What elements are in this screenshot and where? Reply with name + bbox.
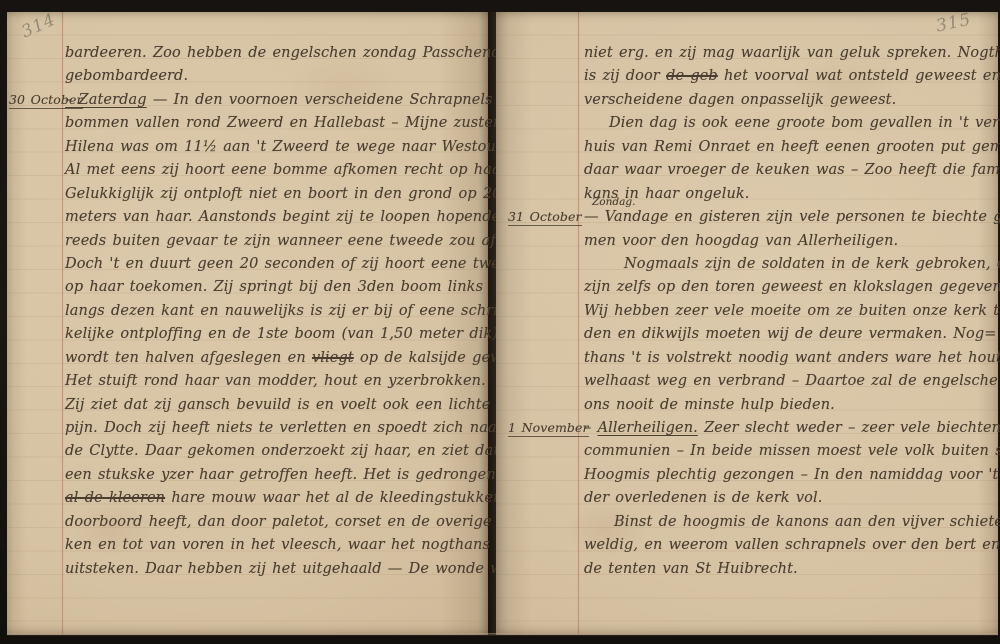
- manuscript-line: der overledenen is de kerk vol.: [584, 487, 992, 510]
- manuscript-line: meters van haar. Aanstonds begint zij te…: [65, 206, 489, 229]
- manuscript-line: ons nooit de minste hulp bieden.: [584, 394, 992, 417]
- page-number-right: 315: [934, 10, 973, 37]
- text-segment: ken en tot van voren in het vleesch, waa…: [65, 537, 533, 553]
- margin-date: 30 October: [9, 92, 83, 109]
- text-segment: Het stuift rond haar van modder, hout en…: [65, 373, 486, 389]
- text-segment: Gelukkiglijk zij ontploft niet en boort …: [65, 186, 502, 202]
- text-segment: welhaast weg en verbrand – Daartoe zal d…: [584, 373, 1000, 389]
- text-segment-struck: al de kleeren: [65, 490, 165, 506]
- text-segment: Doch 't en duurt geen 20 seconden of zij…: [65, 256, 527, 272]
- manuscript-line: kelijke ontploffing en de 1ste boom (van…: [65, 323, 489, 346]
- diary-scan-photo: 314 bardeeren. Zoo hebben de engelschen …: [0, 0, 1000, 644]
- text-segment: communien – In beide missen moest vele v…: [584, 443, 1000, 459]
- text-segment: Binst de hoogmis de kanons aan den vijve…: [614, 514, 1000, 530]
- margin-date: 1 November: [508, 420, 589, 437]
- text-segment: weldig, en weerom vallen schrapnels over…: [584, 537, 1000, 553]
- text-segment: bommen vallen rond Zweerd en Hallebast –…: [65, 115, 500, 131]
- manuscript-line: de tenten van St Huibrecht.: [584, 558, 992, 581]
- text-segment: niet erg. en zij mag waarlijk van geluk …: [584, 45, 1000, 61]
- manuscript-line: doorboord heeft, dan door paletot, corse…: [65, 511, 489, 534]
- manuscript-line: wordt ten halven afgeslegen en vliegt op…: [65, 347, 489, 370]
- manuscript-line: Zij ziet dat zij gansch bevuild is en vo…: [65, 394, 489, 417]
- manuscript-line: verscheidene dagen onpasselijk geweest.: [584, 89, 992, 112]
- text-segment: daar waar vroeger de keuken was – Zoo he…: [584, 162, 1000, 178]
- text-segment: Nogmaals zijn de soldaten in de kerk geb…: [624, 256, 1000, 272]
- manuscript-line: 1 November– Allerheiligen. Zeer slecht w…: [584, 417, 992, 440]
- text-segment-struck: vliegt: [312, 350, 354, 366]
- text-segment: — Vandage en gisteren zijn vele personen…: [584, 209, 1000, 225]
- text-segment: men voor den hoogdag van Allerheiligen.: [584, 233, 898, 249]
- text-segment: huis van Remi Onraet en heeft eenen groo…: [584, 139, 1000, 155]
- manuscript-line: pijn. Doch zij heeft niets te verletten …: [65, 417, 489, 440]
- text-segment: Wij hebben zeer vele moeite om ze buiten…: [584, 303, 1000, 319]
- manuscript-line: op haar toekomen. Zij springt bij den 3d…: [65, 276, 489, 299]
- manuscript-line: welhaast weg en verbrand – Daartoe zal d…: [584, 370, 992, 393]
- manuscript-page-right: 315 niet erg. en zij mag waarlijk van ge…: [496, 12, 998, 635]
- text-segment: op haar toekomen. Zij springt bij den 3d…: [65, 279, 483, 295]
- text-segment: ons nooit de minste hulp bieden.: [584, 397, 835, 413]
- handwritten-text-right: niet erg. en zij mag waarlijk van geluk …: [584, 42, 992, 581]
- manuscript-line: Dien dag is ook eene groote bom gevallen…: [584, 112, 992, 135]
- manuscript-line: reeds buiten gevaar te zijn wanneer eene…: [65, 230, 489, 253]
- manuscript-line: thans 't is volstrekt noodig want anders…: [584, 347, 992, 370]
- text-segment-struck: de geb: [666, 68, 718, 84]
- text-segment: langs dezen kant en nauwelijks is zij er…: [65, 303, 519, 319]
- manuscript-line: 31 OctoberZondag.— Vandage en gisteren z…: [584, 206, 992, 229]
- text-segment: Hilena was om 11½ aan 't Zweerd te wege …: [65, 139, 522, 155]
- manuscript-line: langs dezen kant en nauwelijks is zij er…: [65, 300, 489, 323]
- manuscript-line: Gelukkiglijk zij ontploft niet en boort …: [65, 183, 489, 206]
- manuscript-line: niet erg. en zij mag waarlijk van geluk …: [584, 42, 992, 65]
- manuscript-line: men voor den hoogdag van Allerheiligen.: [584, 230, 992, 253]
- manuscript-line: bardeeren. Zoo hebben de engelschen zond…: [65, 42, 489, 65]
- manuscript-line: Hoogmis plechtig gezongen – In den namid…: [584, 464, 992, 487]
- text-segment: der overledenen is de kerk vol.: [584, 490, 822, 506]
- manuscript-line: de Clytte. Daar gekomen onderzoekt zij h…: [65, 440, 489, 463]
- manuscript-line: daar waar vroeger de keuken was – Zoo he…: [584, 159, 992, 182]
- manuscript-line: Wij hebben zeer vele moeite om ze buiten…: [584, 300, 992, 323]
- margin-date: 31 October: [508, 209, 582, 226]
- text-segment-underlined: Allerheiligen.: [598, 420, 698, 436]
- manuscript-line: een stukske yzer haar getroffen heeft. H…: [65, 464, 489, 487]
- manuscript-line: Hilena was om 11½ aan 't Zweerd te wege …: [65, 136, 489, 159]
- text-segment: Zeer slecht weder – zeer vele biechten e…: [698, 420, 1000, 436]
- manuscript-page-left: 314 bardeeren. Zoo hebben de engelschen …: [7, 12, 488, 635]
- text-segment: thans 't is volstrekt noodig want anders…: [584, 350, 1000, 366]
- text-segment: den en dikwijls moeten wij de deure verm…: [584, 326, 997, 342]
- text-segment: Zij ziet dat zij gansch bevuild is en vo…: [65, 397, 490, 413]
- manuscript-line: gebombardeerd.: [65, 65, 489, 88]
- manuscript-line: Het stuift rond haar van modder, hout en…: [65, 370, 489, 393]
- text-segment: Dien dag is ook eene groote bom gevallen…: [609, 115, 1000, 131]
- manuscript-line: 30 October– Zaterdag — In den voornoen v…: [65, 89, 489, 112]
- text-segment: wordt ten halven afgeslegen en: [65, 350, 312, 366]
- text-segment: pijn. Doch zij heeft niets te verletten …: [65, 420, 504, 436]
- page-number-left: 314: [18, 10, 59, 43]
- text-segment: Al met eens zij hoort eene bomme afkomen…: [65, 162, 511, 178]
- manuscript-line: al de kleeren hare mouw waar het al de k…: [65, 487, 489, 510]
- text-segment: meters van haar. Aanstonds begint zij te…: [65, 209, 500, 225]
- text-segment: Hoogmis plechtig gezongen – In den namid…: [584, 467, 1000, 483]
- manuscript-line: communien – In beide missen moest vele v…: [584, 440, 992, 463]
- manuscript-line: bommen vallen rond Zweerd en Hallebast –…: [65, 112, 489, 135]
- text-segment: uitsteken. Daar hebben zij het uitgehaal…: [65, 561, 552, 577]
- text-segment: de Clytte. Daar gekomen onderzoekt zij h…: [65, 443, 499, 459]
- manuscript-line: Doch 't en duurt geen 20 seconden of zij…: [65, 253, 489, 276]
- manuscript-line: zijn zelfs op den toren geweest en kloks…: [584, 276, 992, 299]
- text-segment: kelijke ontploffing en de 1ste boom (van…: [65, 326, 498, 342]
- text-segment: zijn zelfs op den toren geweest en kloks…: [584, 279, 1000, 295]
- manuscript-line: is zij door de geb het voorval wat ontst…: [584, 65, 992, 88]
- manuscript-line: Al met eens zij hoort eene bomme afkomen…: [65, 159, 489, 182]
- manuscript-line: huis van Remi Onraet en heeft eenen groo…: [584, 136, 992, 159]
- text-segment: is zij door: [584, 68, 666, 84]
- text-segment: verscheidene dagen onpasselijk geweest.: [584, 92, 896, 108]
- manuscript-line: uitsteken. Daar hebben zij het uitgehaal…: [65, 558, 489, 581]
- text-segment: het voorval wat ontsteld geweest en heef…: [718, 68, 1000, 84]
- margin-rule-line-right: [578, 12, 579, 635]
- text-segment: — In den voornoen verscheidene Schrapnel…: [147, 92, 517, 108]
- text-segment: bardeeren. Zoo hebben de engelschen zond…: [65, 45, 532, 61]
- text-segment: reeds buiten gevaar te zijn wanneer eene…: [65, 233, 550, 249]
- manuscript-line: kans in haar ongeluk.: [584, 183, 992, 206]
- text-segment: de tenten van St Huibrecht.: [584, 561, 798, 577]
- text-segment: hare mouw waar het al de kleedingstukken: [165, 490, 502, 506]
- manuscript-line: Binst de hoogmis de kanons aan den vijve…: [584, 511, 992, 534]
- manuscript-line: ken en tot van voren in het vleesch, waa…: [65, 534, 489, 557]
- manuscript-line: Nogmaals zijn de soldaten in de kerk geb…: [584, 253, 992, 276]
- manuscript-line: weldig, en weerom vallen schrapnels over…: [584, 534, 992, 557]
- handwritten-text-left: bardeeren. Zoo hebben de engelschen zond…: [65, 42, 489, 581]
- interlinear-note: Zondag.: [592, 197, 635, 207]
- text-segment: een stukske yzer haar getroffen heeft. H…: [65, 467, 536, 483]
- manuscript-line: den en dikwijls moeten wij de deure verm…: [584, 323, 992, 346]
- text-segment: gebombardeerd.: [65, 68, 188, 84]
